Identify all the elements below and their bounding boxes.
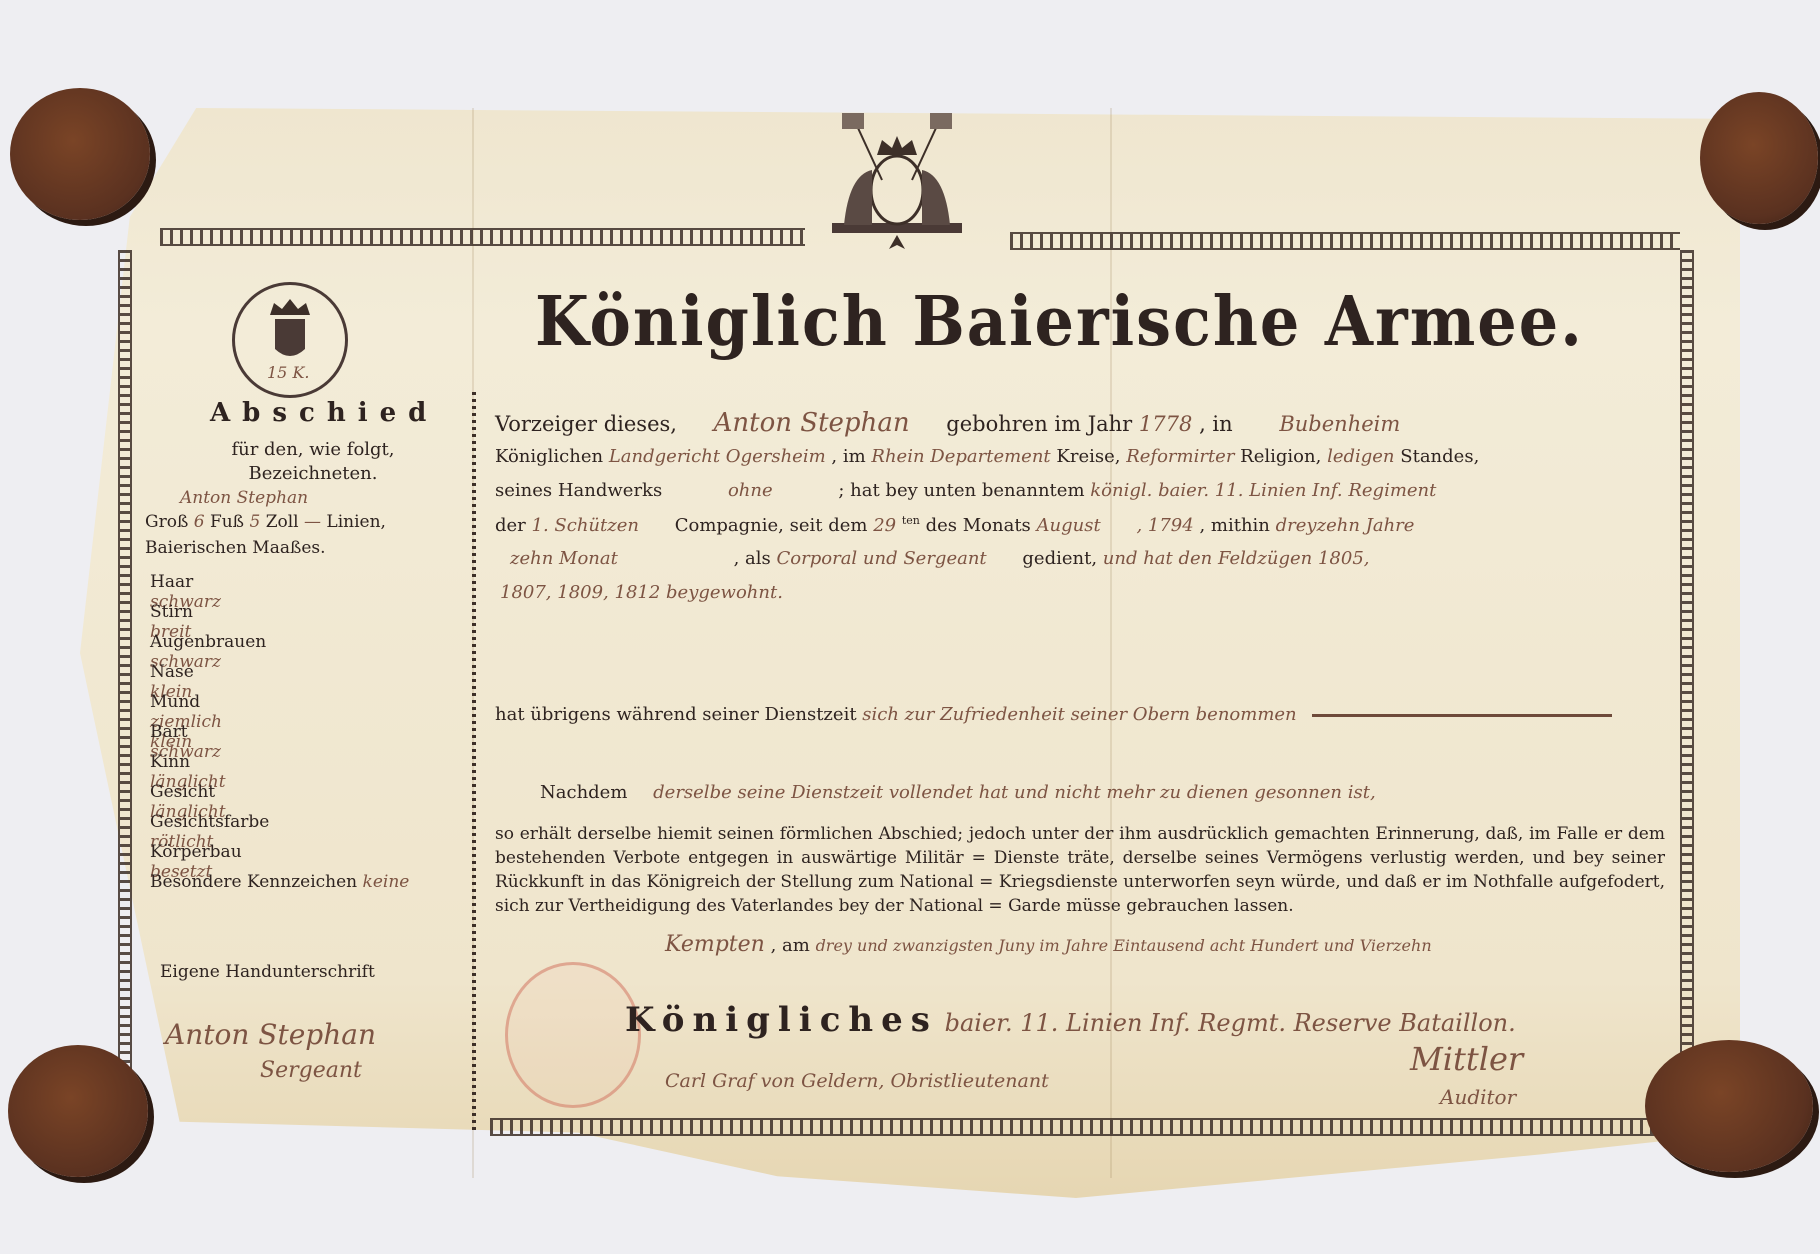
printed-text: Religion,	[1240, 446, 1321, 467]
fill-stroke	[1312, 714, 1612, 717]
feature-label: Stirn	[150, 602, 193, 622]
printed-text: ten	[902, 514, 920, 527]
campaigns-continued: 1807, 1809, 1812 beygewohnt.	[500, 582, 783, 603]
ornamental-border-top-right	[1010, 232, 1680, 250]
printed-text: des Monats	[926, 515, 1031, 536]
bearer-rank: Sergeant	[260, 1058, 362, 1083]
document-title: Königlich Baierische Armee.	[535, 281, 1584, 361]
measure-note: Baierischen Maaßes.	[145, 538, 326, 558]
coat-of-arms-icon	[822, 105, 972, 265]
feature-label: Bart	[150, 722, 188, 742]
department-field: Rhein Departement	[871, 446, 1050, 467]
service-years-field: dreyzehn Jahre	[1276, 515, 1415, 536]
printed-text: Standes,	[1400, 446, 1479, 467]
feature-label: Gesicht	[150, 782, 215, 802]
weight-pin-bottom-left	[8, 1045, 148, 1177]
height-row: Groß 6 Fuß 5 Zoll — Linien,	[145, 512, 386, 532]
regiment-field: königl. baier. 11. Linien Inf. Regiment	[1090, 480, 1436, 501]
feature-label: Besondere Kennzeichen	[150, 872, 357, 892]
month-field: August	[1037, 515, 1101, 536]
unit-field: baier. 11. Linien Inf. Regmt. Reserve Ba…	[945, 1009, 1516, 1037]
body-line-3: seines Handwerks ohne ; hat bey unten be…	[495, 480, 1436, 501]
printed-text: , im	[831, 446, 865, 467]
feature-label: Nase	[150, 662, 194, 682]
column-divider	[472, 392, 476, 1132]
birthplace-field: Bubenheim	[1279, 412, 1400, 436]
label-zoll: Zoll	[266, 512, 299, 532]
feature-label: Mund	[150, 692, 200, 712]
label-gross: Groß	[145, 512, 188, 532]
auditor-title: Auditor	[1440, 1085, 1516, 1109]
marital-status-field: ledigen	[1327, 446, 1394, 467]
height-linien-value: —	[304, 512, 321, 532]
printed-text: Nachdem	[540, 782, 627, 803]
weight-pin-top-left	[10, 88, 150, 220]
ornamental-border-bottom	[490, 1118, 1660, 1136]
discharge-paragraph: so erhält derselbe hiemit seinen förmlic…	[495, 822, 1665, 918]
printed-text: hat übrigens während seiner Dienstzeit	[495, 704, 857, 725]
abschied-heading: Abschied	[210, 398, 438, 428]
commander-signature: Carl Graf von Geldern, Obristlieutenant	[665, 1070, 1049, 1092]
feature-item: Besondere Kennzeichen keine	[150, 872, 409, 892]
red-seal-stamp	[505, 962, 641, 1108]
nachdem-line: Nachdem derselbe seine Dienstzeit vollen…	[540, 782, 1376, 803]
ornamental-border-right	[1680, 250, 1694, 1120]
district-field: Landgericht Ogersheim	[609, 446, 826, 467]
conduct-line: hat übrigens während seiner Dienstzeit s…	[495, 704, 1612, 725]
day-field: 29	[873, 515, 896, 536]
company-field: 1. Schützen	[532, 515, 639, 536]
reason-field: derselbe seine Dienstzeit vollendet hat …	[653, 782, 1376, 803]
feature-label: Kinn	[150, 752, 190, 772]
printed-text: Kreise,	[1056, 446, 1120, 467]
body-line-2: Königlichen Landgericht Ogersheim , im R…	[495, 446, 1479, 467]
trade-field: ohne	[728, 480, 773, 501]
body-line-5: zehn Monat , als Corporal und Sergeant g…	[510, 548, 1370, 569]
feature-label: Haar	[150, 572, 193, 592]
height-zoll-value: 5	[249, 512, 260, 532]
printed-text: , mithin	[1199, 515, 1269, 536]
authority-line: Königliches baier. 11. Linien Inf. Regmt…	[625, 1000, 1516, 1040]
place-date-line: Kempten , am drey und zwanzigsten Juny i…	[665, 932, 1432, 957]
date-field: drey und zwanzigsten Juny im Jahre Einta…	[816, 936, 1432, 955]
religion-field: Reformirter	[1126, 446, 1234, 467]
body-line-1: Vorzeiger dieses, Anton Stephan gebohren…	[495, 408, 1400, 438]
bearer-signature: Anton Stephan	[165, 1018, 376, 1051]
bearer-name-field: Anton Stephan	[714, 408, 910, 438]
ornamental-border-left	[118, 250, 132, 1070]
printed-text: , am	[771, 935, 810, 956]
authority-label: Königliches	[625, 1000, 938, 1040]
place-field: Kempten	[665, 932, 765, 957]
feature-label: Augenbrauen	[150, 632, 266, 652]
printed-text: seines Handwerks	[495, 480, 662, 501]
printed-text: Compagnie, seit dem	[675, 515, 868, 536]
printed-text: ; hat bey unten benanntem	[838, 480, 1084, 501]
printed-text: gedient,	[1022, 548, 1097, 569]
printed-text: gebohren im Jahr	[946, 412, 1132, 436]
conduct-field: sich zur Zufriedenheit seiner Obern beno…	[862, 704, 1296, 725]
weight-pin-top-right	[1700, 92, 1818, 224]
campaigns-field: und hat den Feldzügen 1805,	[1103, 548, 1370, 569]
stamp-value: 15 K.	[267, 363, 309, 382]
label-fuss: Fuß	[210, 512, 244, 532]
auditor-signature: Mittler	[1410, 1040, 1523, 1078]
printed-text: , in	[1199, 412, 1233, 436]
printed-text: Vorzeiger dieses,	[495, 412, 677, 436]
printed-text: Königlichen	[495, 446, 603, 467]
bearer-name: Anton Stephan	[180, 488, 308, 508]
feature-value: keine	[363, 872, 410, 892]
birth-year-field: 1778	[1139, 412, 1192, 436]
rank-field: Corporal und Sergeant	[777, 548, 987, 569]
ornamental-border-top-left	[160, 228, 805, 246]
feature-label: Körperbau	[150, 842, 242, 862]
height-fuss-value: 6	[194, 512, 205, 532]
year-field: , 1794	[1136, 515, 1193, 536]
printed-text: der	[495, 515, 526, 536]
abschied-subheading: für den, wie folgt, Bezeichneten.	[168, 438, 458, 486]
service-months-field: zehn Monat	[510, 548, 618, 569]
weight-pin-bottom-right	[1645, 1040, 1813, 1172]
revenue-stamp: 15 K.	[232, 282, 348, 398]
body-line-4: der 1. Schützen Compagnie, seit dem 29 t…	[495, 514, 1414, 536]
label-linien: Linien,	[326, 512, 386, 532]
feature-label: Gesichtsfarbe	[150, 812, 269, 832]
printed-text: , als	[734, 548, 771, 569]
signature-label: Eigene Handunterschrift	[160, 962, 375, 982]
